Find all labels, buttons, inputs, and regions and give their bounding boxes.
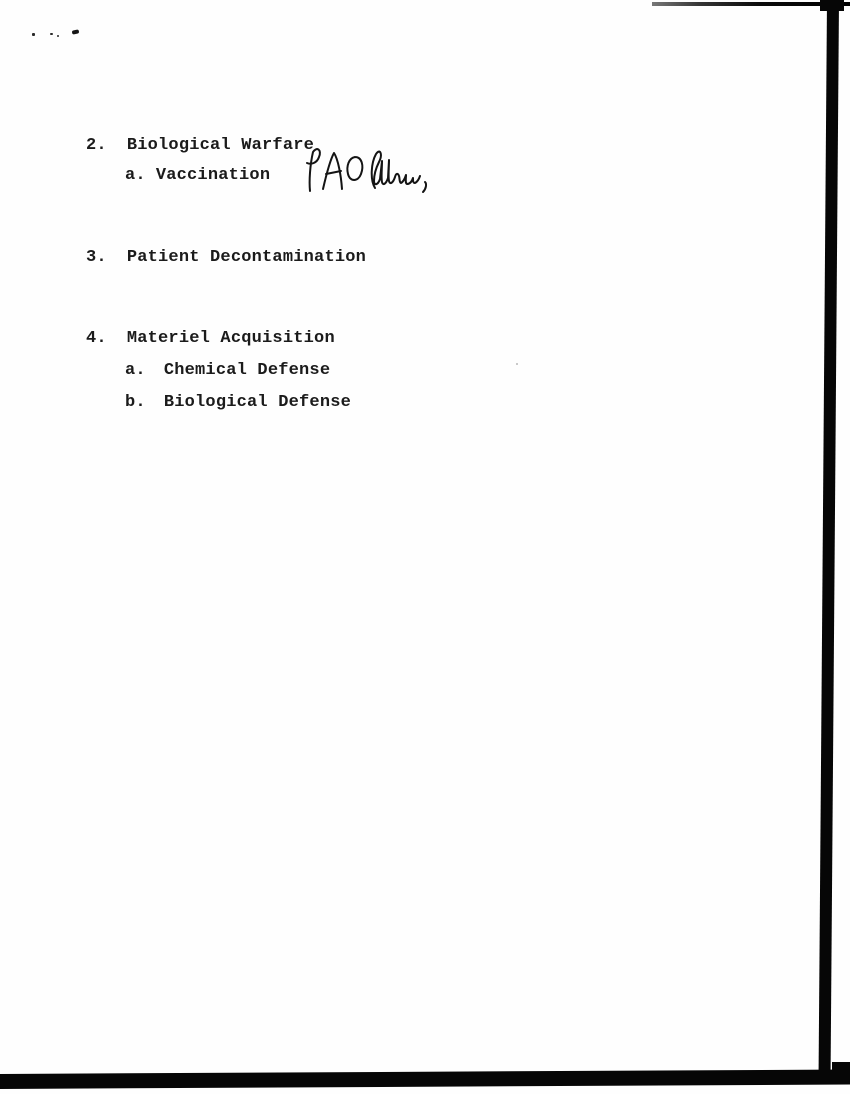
scan-speck (516, 363, 518, 365)
outline-item-3: 3.Patient Decontamination (86, 249, 366, 266)
outline-item-2: 2.Biological Warfare (86, 137, 314, 154)
outline-item-4b: b.Biological Defense (125, 394, 351, 411)
subitem-title: Biological Defense (164, 394, 351, 411)
scan-speck (50, 33, 53, 35)
subitem-letter: a. (125, 361, 146, 380)
item-number: 4. (86, 329, 107, 348)
scan-edge-right (819, 0, 839, 1081)
scan-speck (72, 29, 80, 34)
item-number: 3. (86, 248, 107, 267)
item-title: Patient Decontamination (127, 249, 366, 266)
item-number: 2. (86, 136, 107, 155)
item-title: Materiel Acquisition (127, 330, 335, 347)
subitem-letter: a. (125, 166, 146, 185)
subitem-letter: b. (125, 393, 146, 412)
scan-edge-bottom (0, 1069, 850, 1089)
subitem-title: Vaccination (156, 167, 270, 184)
subitem-title: Chemical Defense (164, 362, 330, 379)
scan-speck (32, 33, 35, 36)
scan-speck (57, 35, 59, 37)
scanned-page: 2.Biological Warfare a.Vaccination 3.Pat… (0, 0, 850, 1094)
handwritten-annotation (298, 144, 432, 198)
outline-item-2a: a.Vaccination (125, 167, 270, 184)
outline-item-4a: a.Chemical Defense (125, 362, 330, 379)
item-title: Biological Warfare (127, 137, 314, 154)
outline-item-4: 4.Materiel Acquisition (86, 330, 335, 347)
